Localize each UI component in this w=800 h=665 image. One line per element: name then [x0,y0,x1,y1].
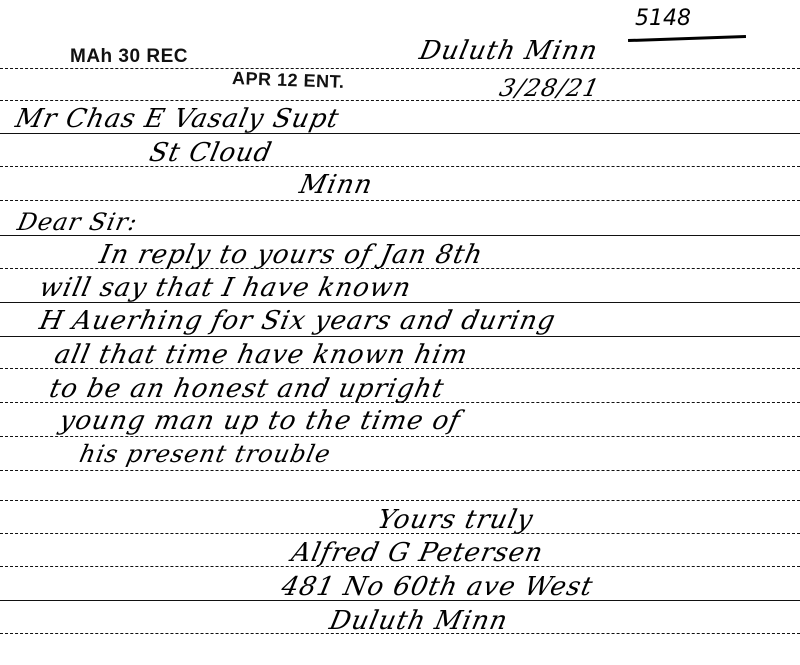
letter-page: 5148 MAh 30 REC APR 12 ENT. Duluth Minn … [0,0,800,665]
body-line: H Auerhing for Six years and during [37,306,559,336]
ruled-line [0,336,800,337]
ruled-line [0,100,800,101]
sender-address-city: Duluth Minn [327,606,511,636]
closing: Yours truly [375,505,536,535]
body-line: all that time have known him [52,340,471,370]
ruled-line [0,470,800,471]
ruled-line [0,436,800,437]
sender-address-street: 481 No 60th ave West [279,572,596,602]
body-line: young man up to the time of [57,406,464,436]
ruled-line [0,68,800,69]
body-line: his present trouble [77,440,334,468]
recipient-name: Mr Chas E Vasaly Supt [13,104,342,134]
letter-date: 3/28/21 [497,74,602,102]
ruled-line [0,200,800,201]
received-stamp: MAh 30 REC [70,46,188,68]
body-line: will say that I have known [37,273,414,303]
recipient-state: Minn [297,170,376,200]
signature: Alfred G Petersen [289,538,546,568]
ruled-line [0,500,800,501]
entered-stamp: APR 12 ENT. [232,68,345,93]
file-number-underline [628,35,746,42]
file-number: 5148 [635,6,691,31]
letter-place: Duluth Minn [417,36,601,66]
body-line: In reply to yours of Jan 8th [97,240,486,270]
recipient-city: St Cloud [147,138,275,168]
ruled-line [0,166,800,167]
salutation: Dear Sir: [15,208,140,236]
body-line: to be an honest and upright [47,374,447,404]
